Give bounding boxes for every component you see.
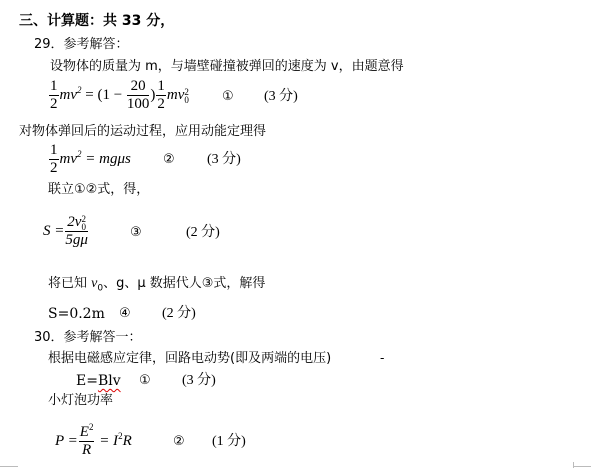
page-corner-mark [0, 466, 18, 467]
trailing-dash: - [380, 351, 384, 367]
question-30-label: 30．参考解答一： [34, 330, 142, 346]
question-29-label: 29．参考解答： [34, 37, 129, 53]
q29-equation-2: 12mv2 = mgμs [48, 142, 131, 177]
fraction-percent: 20100 [127, 78, 150, 113]
equation-marker-2: ② [163, 152, 175, 168]
fraction-result: 2v205gμ [65, 214, 88, 249]
q29-intro-text: 设物体的质量为 m，与墙壁碰撞被弹回的速度为 v，由题意得 [50, 59, 404, 75]
equation-marker-1: ① [222, 89, 234, 105]
fraction-half: 12 [49, 78, 59, 113]
points-label: (3 分) [264, 89, 298, 105]
section-heading: 三、计算题：共 33 分， [19, 13, 174, 29]
q29-equation-3: S =2v205gμ [43, 214, 89, 249]
spellcheck-underlined-word[interactable]: Blv [98, 373, 121, 389]
points-label: (2 分) [186, 225, 220, 241]
fraction-half: 12 [156, 78, 166, 113]
page-corner-mark [573, 466, 591, 467]
q29-equation-1: 12mv2 = (1 − 20100)12mv20 [48, 78, 189, 113]
q30-equation-1: E=Blv [76, 373, 121, 389]
equation-marker-1: ① [139, 373, 151, 389]
points-label: (1 分) [212, 434, 246, 450]
points-label: (3 分) [207, 152, 241, 168]
equation-marker-4: ④ [119, 306, 131, 322]
q30-power-text: 小灯泡功率 [48, 393, 113, 409]
q30-intro-text: 根据电磁感应定律，回路电动势(即及两端的电压) [48, 351, 331, 367]
q29-result: S=0.2m [48, 306, 105, 322]
q29-step2-text: 对物体弹回后的运动过程，应用动能定理得 [19, 124, 266, 140]
page-corner-mark [573, 462, 574, 468]
q29-substitute-text: 将已知 v0、g、μ 数据代人③式，解得 [48, 276, 265, 292]
points-label: (2 分) [162, 306, 196, 322]
q30-equation-2: P =E2R = I2R [55, 424, 132, 459]
fraction-half: 12 [49, 142, 59, 177]
q29-combine-text: 联立①②式，得， [48, 182, 149, 198]
fraction-power: E2R [79, 424, 95, 459]
equation-marker-2: ② [173, 434, 185, 450]
equation-marker-3: ③ [130, 225, 142, 241]
points-label: (3 分) [182, 373, 216, 389]
